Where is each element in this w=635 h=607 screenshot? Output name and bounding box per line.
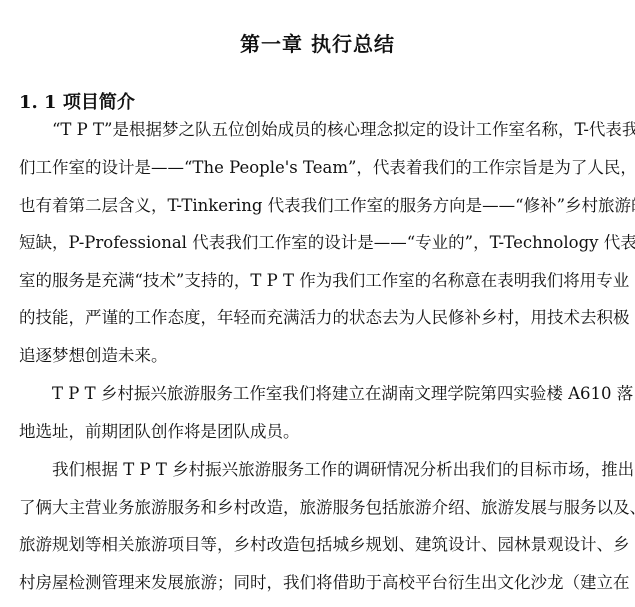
paragraph-1-line-3: 也有着第二层含义，T-Tinkering 代表我们工作室的服务方向是——“修补”… bbox=[19, 195, 613, 217]
paragraph-1-line-5: 室的服务是充满“技术”支持的，T P T 作为我们工作室的名称意在表明我们将用专… bbox=[19, 270, 613, 292]
paragraph-1-line-7: 追逐梦想创造未来。 bbox=[19, 345, 613, 367]
paragraph-1-line-6: 的技能，严谨的工作态度，年轻而充满活力的状态去为人民修补乡村，用技术去积极 bbox=[19, 307, 613, 329]
paragraph-3-line-2: 了俩大主营业务旅游服务和乡村改造，旅游服务包括旅游介绍、旅游发展与服务以及、 bbox=[19, 497, 613, 519]
paragraph-3-line-4: 村房屋检测管理来发展旅游；同时，我们将借助于高校平台衍生出文化沙龙（建立在 bbox=[19, 572, 613, 594]
paragraph-1-line-2: 们工作室的设计是——“The People's Team”，代表着我们的工作宗旨… bbox=[19, 157, 613, 179]
paragraph-3-line-1: 我们根据 T P T 乡村振兴旅游服务工作的调研情况分析出我们的目标市场，推出 bbox=[52, 459, 613, 481]
section-heading: 1. 1 项目简介 bbox=[19, 88, 135, 114]
paragraph-3-line-3: 旅游规划等相关旅游项目等，乡村改造包括城乡规划、建筑设计、园林景观设计、乡 bbox=[19, 534, 613, 556]
document-page: 第一章 执行总结 1. 1 项目简介 “T P T”是根据梦之队五位创始成员的核… bbox=[0, 0, 635, 607]
paragraph-1-line-4: 短缺，P-Professional 代表我们工作室的设计是——“专业的”，T-T… bbox=[19, 232, 613, 254]
chapter-title: 第一章 执行总结 bbox=[0, 28, 635, 57]
paragraph-2-line-1: T P T 乡村振兴旅游服务工作室我们将建立在湖南文理学院第四实验楼 A610 … bbox=[52, 383, 613, 405]
paragraph-2-line-2: 地选址，前期团队创作将是团队成员。 bbox=[19, 421, 613, 443]
paragraph-1-line-1: “T P T”是根据梦之队五位创始成员的核心理念拟定的设计工作室名称，T-代表我 bbox=[52, 119, 613, 141]
